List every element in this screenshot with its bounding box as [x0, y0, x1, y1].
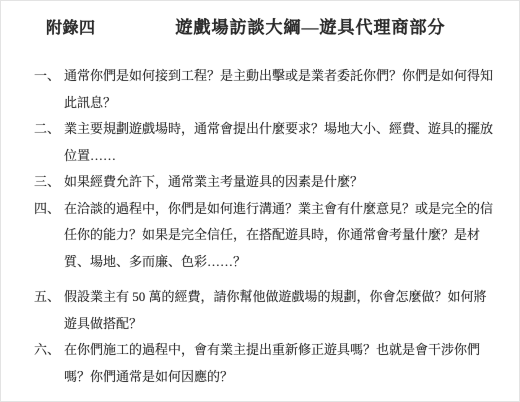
document-page: 附錄四 遊戲場訪談大綱—遊具代理商部分 一、 通常你們是如何接到工程？是主動出擊… [0, 0, 520, 402]
question-text: 通常你們是如何接到工程？是主動出擊或是業者委託你們？你們是如何得知此訊息？ [64, 63, 496, 116]
question-text: 在洽談的過程中，你們是如何進行溝通？業主會有什麼意見？或是完全的信任你的能力？如… [64, 196, 496, 276]
question-item-3: 三、 如果經費允許下，通常業主考量遊具的因素是什麼？ [34, 169, 519, 196]
question-number: 一、 [34, 63, 64, 116]
appendix-label: 附錄四 [46, 18, 96, 40]
question-item-5: 五、 假設業主有 50 萬的經費，請你幫他做遊戲場的規劃，你會怎麼做？如何將遊具… [34, 284, 519, 337]
question-text: 如果經費允許下，通常業主考量遊具的因素是什麼？ [64, 169, 496, 196]
question-item-2: 二、 業主要規劃遊戲場時，通常會提出什麼要求？場地大小、經費、遊具的擺放位置…… [34, 116, 519, 169]
question-item-1: 一、 通常你們是如何接到工程？是主動出擊或是業者委託你們？你們是如何得知此訊息？ [34, 63, 519, 116]
question-item-6: 六、 在你們施工的過程中，會有業主提出重新修正遊具嗎？也就是會干涉你們嗎？你們通… [34, 337, 519, 390]
question-text: 業主要規劃遊戲場時，通常會提出什麼要求？場地大小、經費、遊具的擺放位置…… [64, 116, 496, 169]
question-text: 在你們施工的過程中，會有業主提出重新修正遊具嗎？也就是會干涉你們嗎？你們通常是如… [64, 337, 496, 390]
question-item-4: 四、 在洽談的過程中，你們是如何進行溝通？業主會有什麼意見？或是完全的信任你的能… [34, 196, 519, 276]
question-number: 六、 [34, 337, 64, 390]
question-list: 一、 通常你們是如何接到工程？是主動出擊或是業者委託你們？你們是如何得知此訊息？… [1, 63, 519, 390]
document-header: 附錄四 遊戲場訪談大綱—遊具代理商部分 [1, 1, 519, 40]
question-number: 三、 [34, 169, 64, 196]
question-number: 四、 [34, 196, 64, 276]
document-title: 遊戲場訪談大綱—遊具代理商部分 [176, 17, 446, 39]
question-number: 二、 [34, 116, 64, 169]
question-text: 假設業主有 50 萬的經費，請你幫他做遊戲場的規劃，你會怎麼做？如何將遊具做搭配… [64, 284, 496, 337]
question-number: 五、 [34, 284, 64, 337]
